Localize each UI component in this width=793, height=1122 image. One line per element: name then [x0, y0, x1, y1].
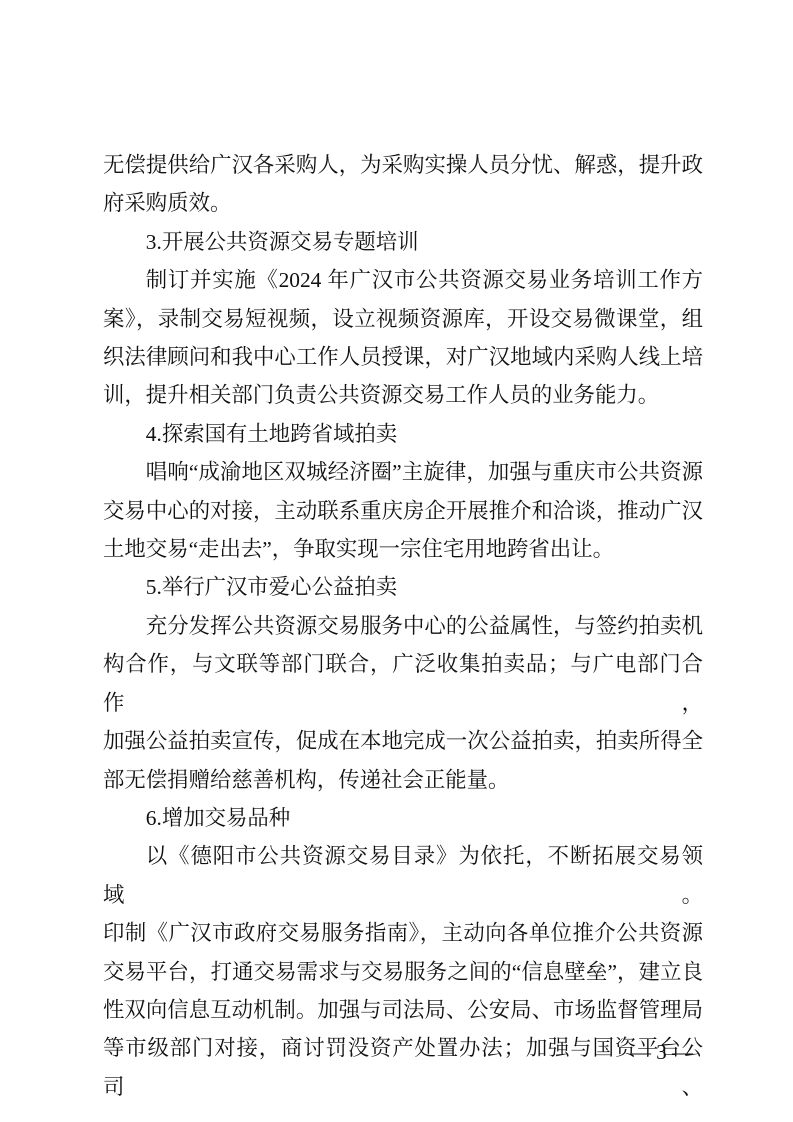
text-line: 以《德阳市公共资源交易目录》为依托，不断拓展交易领域。 — [103, 837, 703, 914]
section-heading: 3.开展公共资源交易专题培训 — [103, 223, 703, 261]
section-heading: 4.探索国有土地跨省域拍卖 — [103, 415, 703, 453]
text-line: 性双向信息互动机制。加强与司法局、公安局、市场监督管理局 — [103, 991, 703, 1029]
text-line: 交易平台，打通交易需求与交易服务之间的“信息壁垒”，建立良 — [103, 953, 703, 991]
text-line: 制订并实施《2024 年广汉市公共资源交易业务培训工作方 — [103, 261, 703, 299]
section-heading: 5.举行广汉市爱心公益拍卖 — [103, 568, 703, 606]
text-line: 无偿提供给广汉各采购人，为采购实操人员分忧、解惑，提升政 — [103, 146, 703, 184]
text-line: 织法律顾问和我中心工作人员授课，对广汉地域内采购人线上培 — [103, 338, 703, 376]
text-line: 加强公益拍卖宣传，促成在本地完成一次公益拍卖，拍卖所得全 — [103, 722, 703, 760]
text-line: 案》，录制交易短视频，设立视频资源库，开设交易微课堂，组 — [103, 300, 703, 338]
text-line: 部无偿捐赠给慈善机构，传递社会正能量。 — [103, 761, 703, 799]
text-line: 构合作，与文联等部门联合，广泛收集拍卖品；与广电部门合作， — [103, 645, 703, 722]
text-line: 等市级部门对接，商讨罚没资产处置办法；加强与国资平台公司、 — [103, 1029, 703, 1106]
text-line: 充分发挥公共资源交易服务中心的公益属性，与签约拍卖机 — [103, 607, 703, 645]
section-heading: 6.增加交易品种 — [103, 799, 703, 837]
text-line: 训，提升相关部门负责公共资源交易工作人员的业务能力。 — [103, 376, 703, 414]
document-page: 无偿提供给广汉各采购人，为采购实操人员分忧、解惑，提升政 府采购质效。 3.开展… — [0, 0, 793, 1122]
text-line: 府采购质效。 — [103, 184, 703, 222]
text-line: 印制《广汉市政府交易服务指南》，主动向各单位推介公共资源 — [103, 914, 703, 952]
text-line: 交易中心的对接，主动联系重庆房企开展推介和洽谈，推动广汉 — [103, 492, 703, 530]
text-line: 唱响“成渝地区双城经济圈”主旋律，加强与重庆市公共资源 — [103, 453, 703, 491]
page-number: — 3 — — [630, 1040, 693, 1064]
text-line: 土地交易“走出去”，争取实现一宗住宅用地跨省出让。 — [103, 530, 703, 568]
document-body: 无偿提供给广汉各采购人，为采购实操人员分忧、解惑，提升政 府采购质效。 3.开展… — [103, 146, 703, 1106]
